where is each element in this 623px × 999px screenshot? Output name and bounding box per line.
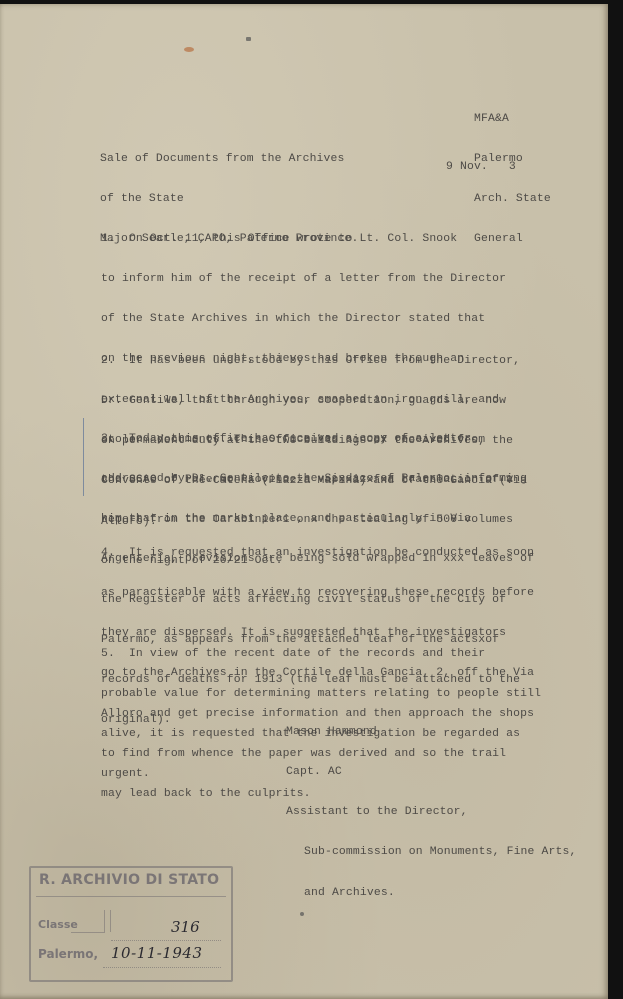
stamp-place-label: Palermo,: [38, 947, 98, 961]
stamp-date-line: [103, 967, 221, 968]
paragraph-line: of the State Archives in which the Direc…: [101, 313, 513, 326]
stamp-number-line: [111, 940, 221, 941]
signatory-name: Mason Hammond: [286, 726, 576, 739]
letter-date: 9 Nov. 3: [446, 161, 516, 174]
paragraph-line: to inform him of the receipt of a letter…: [101, 273, 513, 286]
paragraph-line: 3. Today this office has received a copy…: [101, 433, 534, 446]
signatory-rank: Capt. AC: [286, 766, 576, 779]
paragraph-line: 4. It is requested that an investigation…: [101, 547, 534, 560]
stamp-class-line: [71, 932, 105, 933]
subject-line: of the State: [100, 193, 358, 206]
signatory-title: Assistant to the Director,: [286, 806, 576, 819]
stamp-separator: [104, 910, 111, 932]
signatory-unit: and Archives.: [286, 887, 576, 900]
archive-receipt-stamp: R. ARCHIVIO DI STATO Classe 316 Palermo,…: [29, 866, 233, 982]
reference-line: Arch. State: [474, 193, 551, 206]
margin-pencil-mark: [83, 418, 84, 496]
stamp-divider: [36, 896, 226, 897]
subject-line: Sale of Documents from the Archives: [100, 153, 358, 166]
paragraph-line: 5. In view of the recent date of the rec…: [101, 648, 541, 661]
paper-stain: [184, 47, 194, 52]
reference-line: MFA&A: [474, 113, 551, 126]
stamp-class-label: Classe: [38, 918, 78, 931]
paper-speck: [246, 37, 251, 41]
paragraph-line: 2. It has been understood by this Office…: [101, 355, 527, 368]
stamp-protocol-number: 316: [171, 918, 200, 936]
paragraph-line: 1. On Oct. 11, this Office wrote to Lt. …: [101, 233, 513, 246]
document-page: MFA&A Palermo Arch. State General Sale o…: [0, 4, 608, 999]
stamp-title: R. ARCHIVIO DI STATO: [39, 872, 219, 888]
stamp-handwritten-date: 10-11-1943: [111, 944, 202, 962]
signature-block: Mason Hammond Capt. AC Assistant to the …: [286, 699, 576, 927]
paragraph-line: as paracticable with a view to recoverin…: [101, 587, 534, 600]
signatory-unit: Sub-commission on Monuments, Fine Arts,: [286, 846, 576, 859]
paragraph-line: addressed by Dr. Gentile to the Sindaco …: [101, 473, 534, 486]
